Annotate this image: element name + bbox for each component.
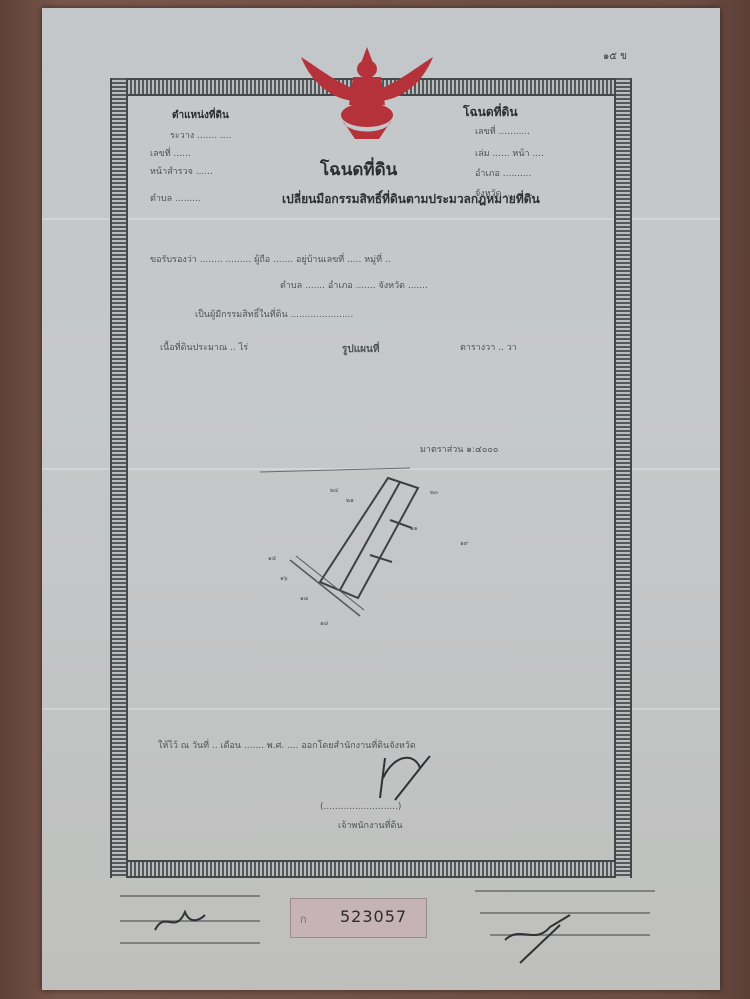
transfer-signature (500, 905, 590, 965)
svg-text:๒๔: ๒๔ (330, 487, 339, 494)
registry-line (475, 890, 655, 892)
area-left-label: เนื้อที่ดินประมาณ .. ไร่ (160, 340, 248, 354)
header-right-title: โฉนดที่ดิน (463, 103, 518, 122)
page-marker: ๑๕ ข (603, 49, 627, 64)
official-name: (..........................) (320, 802, 401, 812)
border-left (110, 78, 128, 878)
body-line: เป็นผู้มีกรรมสิทธิ์ในที่ดิน ............… (195, 307, 353, 321)
header-left-line: เลขที่ ...... (150, 146, 191, 160)
document-title: โฉนดที่ดิน (320, 156, 397, 183)
area-right-label: ตารางวา .. วา (460, 340, 517, 354)
svg-text:๑๘: ๑๘ (320, 620, 329, 627)
svg-text:๑๖: ๑๖ (280, 575, 288, 582)
header-left-line: หน้าสำรวจ ...... (150, 164, 213, 178)
registry-line (120, 895, 260, 897)
registrar-signature (150, 900, 210, 940)
border-right (614, 78, 632, 878)
svg-text:๒๓: ๒๓ (430, 489, 438, 496)
header-right-line: อำเภอ .......... (475, 166, 531, 180)
header-left-line: ตำบล ......... (150, 191, 201, 205)
land-plot-map: ๒๔๒๑๒๓ ๑๑๑๕๑๖ ๑๗๑๘๑๙ (260, 440, 520, 650)
map-label: รูปแผนที่ (342, 342, 379, 357)
serial-number: 523057 (340, 907, 407, 926)
header-right-line: เล่ม ...... หน้า .... (475, 146, 544, 160)
garuda-emblem-icon (297, 45, 437, 140)
svg-text:๑๑: ๑๑ (410, 525, 418, 532)
svg-text:๑๗: ๑๗ (300, 595, 309, 602)
official-title: เจ้าพนักงานที่ดิน (338, 818, 402, 832)
body-line: ขอรับรองว่า ........ ......... ผู้ถือ ..… (150, 252, 391, 266)
document-subtitle: เปลี่ยนมือกรรมสิทธิ์ที่ดินตามประมวลกฎหมา… (282, 190, 540, 209)
header-left-line: ระวาง ....... .... (170, 128, 231, 142)
svg-text:๒๑: ๒๑ (346, 497, 354, 504)
body-line: ตำบล ....... อำเภอ ....... จังหวัด .....… (280, 278, 428, 292)
registry-line (120, 942, 260, 944)
svg-text:๑๕: ๑๕ (268, 555, 277, 562)
official-signature (375, 748, 435, 803)
svg-text:๑๙: ๑๙ (460, 540, 469, 547)
serial-prefix: ก (300, 910, 307, 928)
header-left-label: ตำแหน่งที่ดิน (172, 108, 229, 123)
header-right-line: เลขที่ ........... (475, 124, 530, 138)
border-bottom (110, 860, 632, 878)
